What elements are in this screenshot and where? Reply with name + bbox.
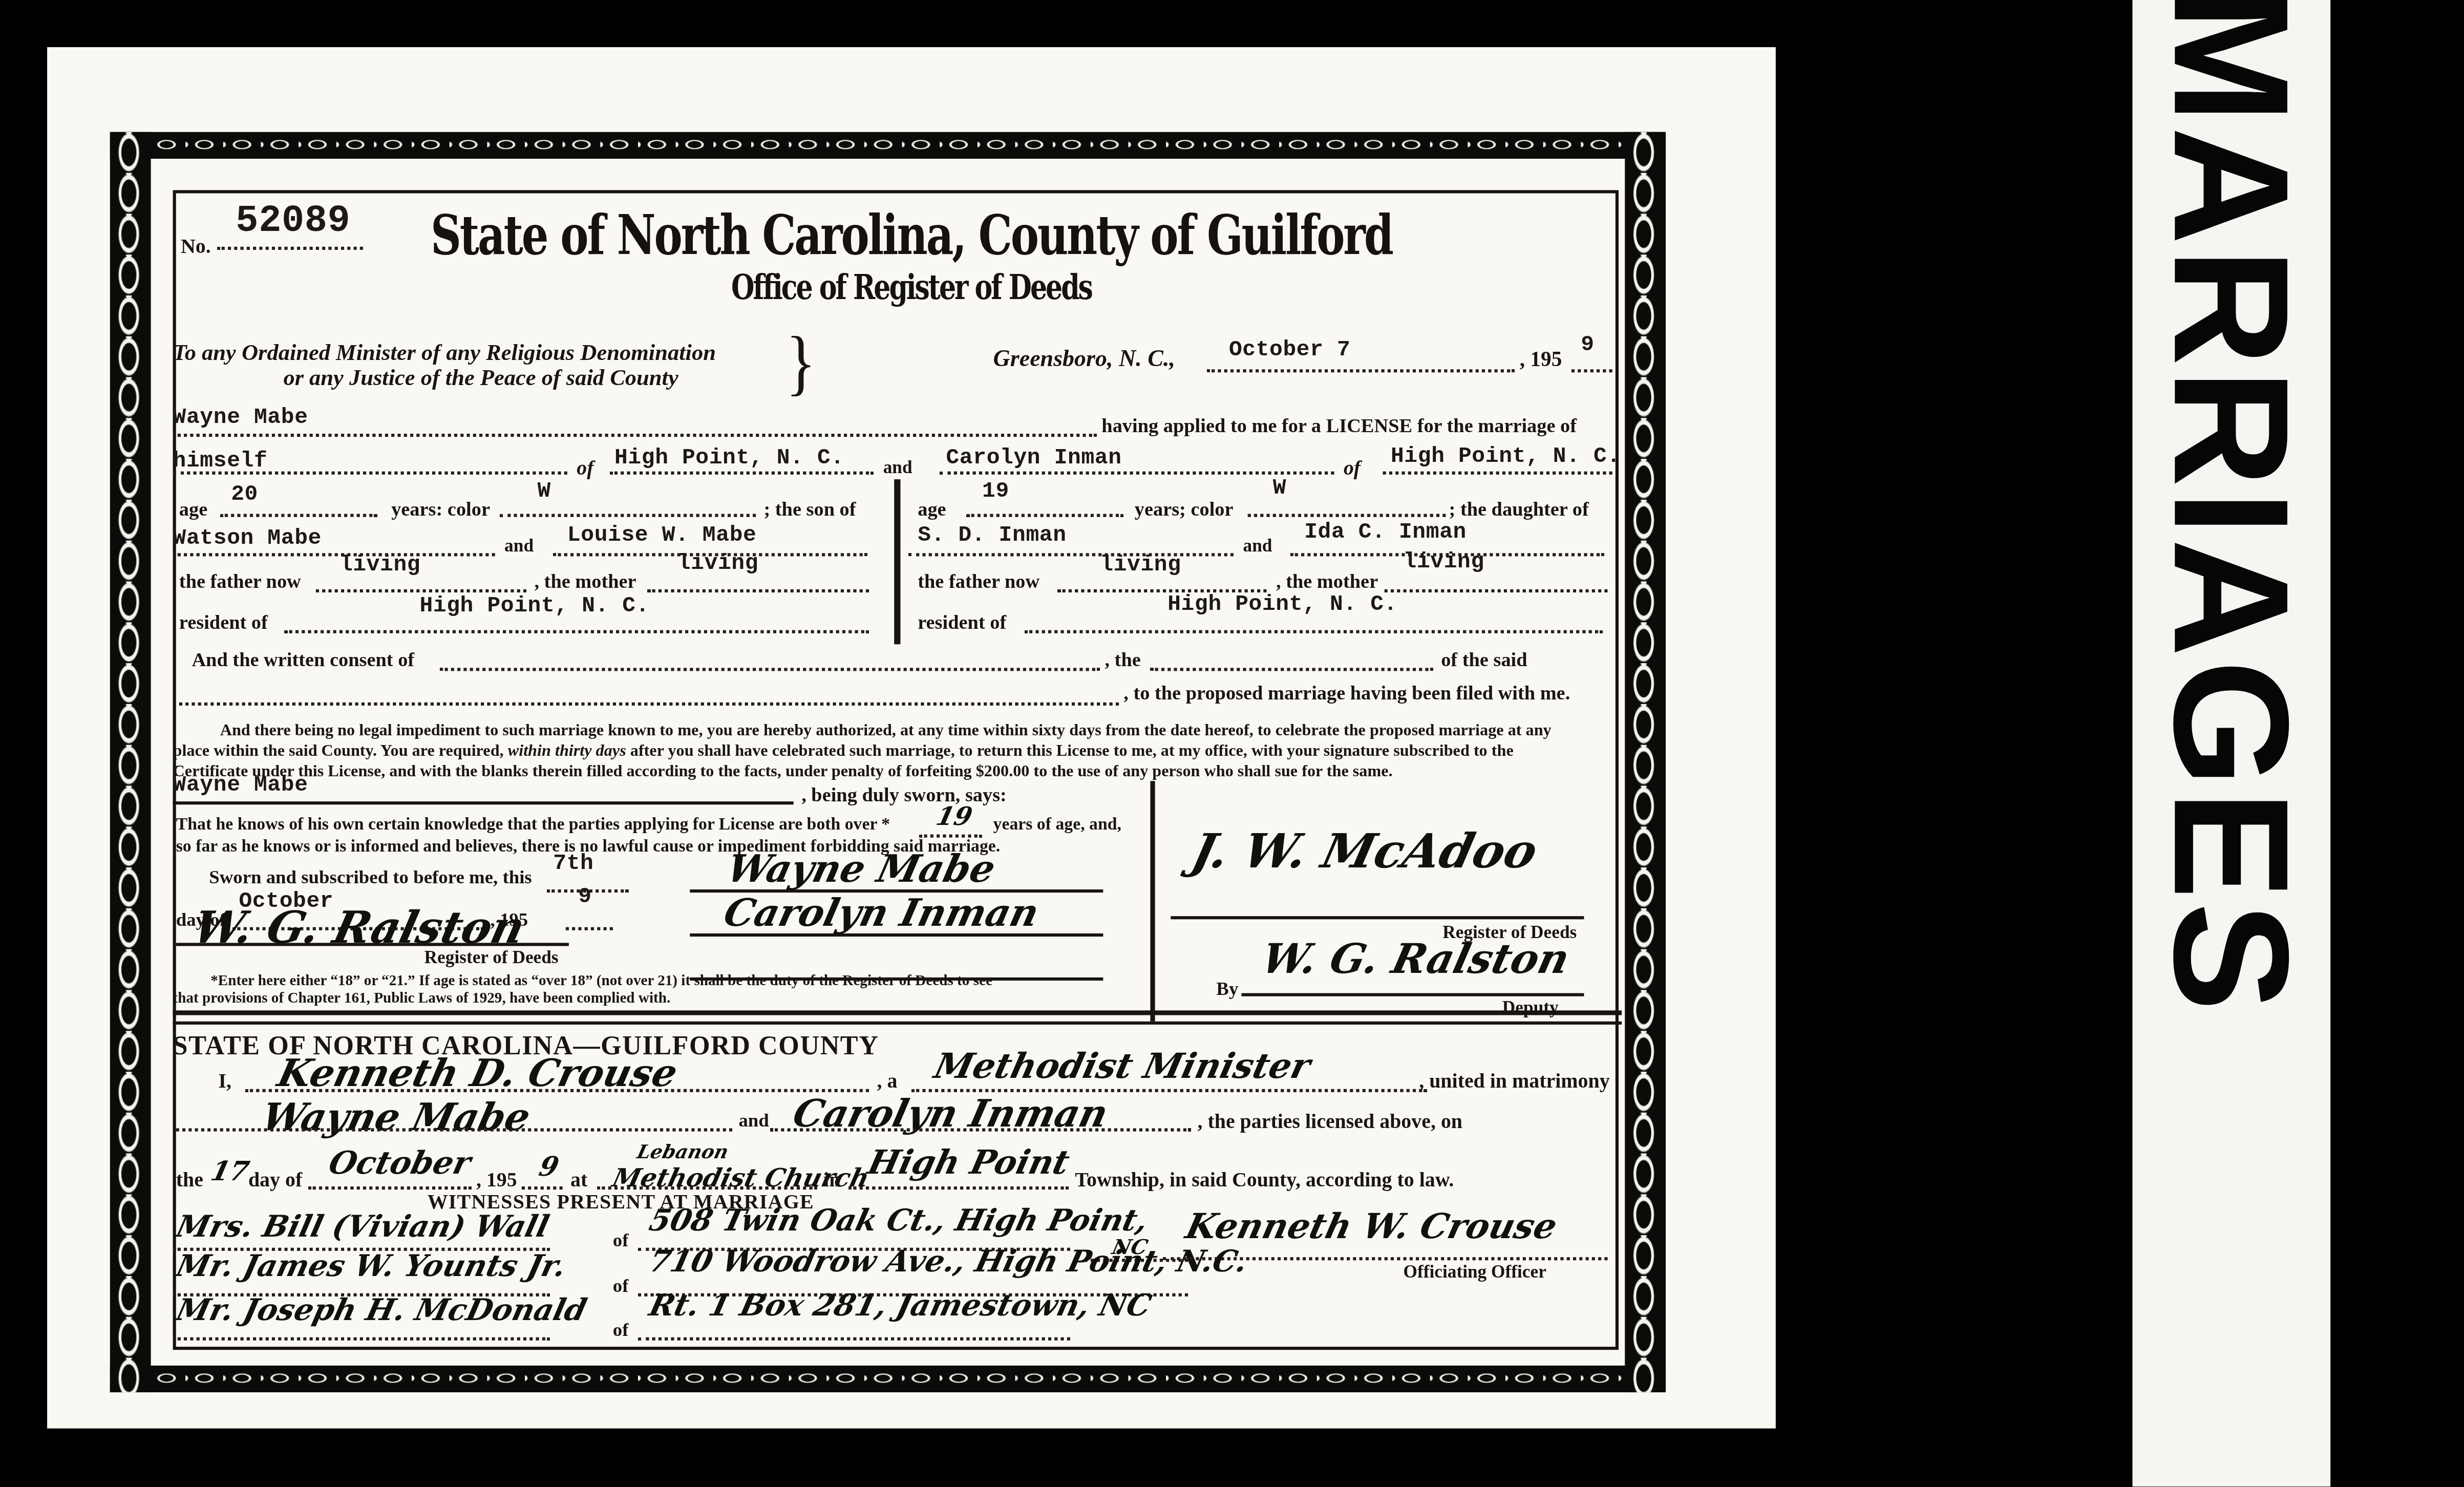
state-title: State of North Carolina, County of Guilf… <box>330 206 1493 268</box>
consent-line-b <box>1150 644 1433 671</box>
groom-age-label: age <box>179 498 207 522</box>
officiant-signature-line <box>1163 1234 1607 1260</box>
witness-2-name-line <box>173 1270 550 1297</box>
bride-color-line <box>1248 490 1446 517</box>
ornate-border-bottom <box>110 1366 1666 1392</box>
year-blank-line <box>1571 346 1612 372</box>
mcadoo-signature-line <box>1171 893 1584 919</box>
groom-resident-label: resident of <box>179 611 268 635</box>
groom-city-line <box>610 448 874 475</box>
venue-written-top: Lebanon <box>635 1141 731 1163</box>
witness-3-of: of <box>613 1319 629 1342</box>
register-of-deeds-label: Register of Deeds <box>424 949 559 968</box>
column-divider <box>894 479 900 644</box>
a-label: , a <box>877 1069 897 1094</box>
bride-father-status-label: the father now <box>918 570 1039 594</box>
bride-father-status-line <box>1057 566 1266 592</box>
consent-lead: And the written consent of <box>192 649 414 672</box>
applied-text: having applied to me for a LICENSE for t… <box>1101 415 1577 438</box>
date-blank-line <box>1207 346 1515 372</box>
groom-child-label: ; the son of <box>763 498 856 522</box>
witness-1-name-line <box>173 1224 550 1251</box>
consent-mid: , the <box>1104 649 1140 672</box>
groom-and-label: and <box>504 538 534 557</box>
bride-father-line <box>908 529 1234 556</box>
affidavit-body-1b: years of age, and, <box>993 816 1121 835</box>
consent-line-a <box>440 644 1100 671</box>
groom-signature-line <box>690 866 1103 893</box>
groom-father-status-label: the father now <box>179 570 301 594</box>
footnote-line-1: *Enter here either “18” or “21.” If age … <box>210 974 992 990</box>
ornate-border-right <box>1625 132 1666 1392</box>
witness-1-of: of <box>613 1229 629 1252</box>
united-label: , united in matrimony <box>1419 1069 1609 1094</box>
certificate-number-label: No. <box>181 234 211 259</box>
consent-line-c <box>173 679 1119 706</box>
addressee-line-1: To any Ordained Minister of any Religiou… <box>173 341 716 368</box>
bride-signature-line <box>690 910 1103 937</box>
affidavit-year-line <box>566 904 613 930</box>
groom-written-line <box>176 1104 732 1131</box>
authorization-line-2: place within the said County. You are re… <box>173 743 1514 761</box>
section-rule-1 <box>173 1010 1622 1015</box>
ornate-border-left <box>110 132 151 1392</box>
sworn-says-label: , being duly sworn, says: <box>801 784 1007 808</box>
year-printed: , 195 <box>1520 347 1562 372</box>
bride-mother-status-label: , the mother <box>1276 570 1378 594</box>
groom-mother-status-line <box>647 566 869 592</box>
groom-father-status-line <box>316 566 526 592</box>
day-written: 17 <box>207 1157 252 1188</box>
applicant-blank-line <box>173 410 1097 437</box>
bride-resident-label: resident of <box>918 611 1006 635</box>
microfilm-frame: 52089 No. State of North Carolina, Count… <box>0 0 2464 1486</box>
venue-line <box>597 1163 817 1189</box>
bride-age-line <box>966 490 1123 517</box>
film-label-strip: MARRIAGES <box>2132 0 2330 1486</box>
authorization-line-2b: after you shall have celebrated such mar… <box>626 743 1514 761</box>
groom-designation-line <box>173 448 567 475</box>
authorization-line-1: And there being no legal impediment to s… <box>220 723 1552 740</box>
sworn-subscribed-label: Sworn and subscribed to before me, this <box>209 866 532 889</box>
year-printed-2: , 195 <box>476 1167 517 1193</box>
register-signature-line <box>176 919 569 946</box>
affidavit-body-1: That he knows of his own certain knowled… <box>176 816 890 835</box>
section-rule-2 <box>173 1022 1622 1025</box>
addressee-line-2: or any Justice of the Peace of said Coun… <box>173 366 789 393</box>
consent-line2: , to the proposed marriage having been f… <box>1123 682 1570 706</box>
and-label-1: and <box>883 459 912 478</box>
by-label: By <box>1216 978 1238 1001</box>
and-label-2: and <box>738 1110 769 1133</box>
bride-city-line <box>1383 448 1612 475</box>
township-label: Township, in said County, according to l… <box>1075 1167 1454 1193</box>
witness-3-address-line <box>638 1314 1070 1341</box>
bride-and-label: and <box>1243 538 1272 557</box>
bride-child-label: ; the daughter of <box>1449 498 1589 522</box>
bride-age-label: age <box>918 498 946 522</box>
groom-color-line <box>500 490 756 517</box>
in-label: in <box>823 1167 840 1193</box>
at-label: at <box>570 1167 587 1193</box>
parties-label: , the parties licensed above, on <box>1198 1110 1463 1135</box>
officiant-title-line <box>911 1066 1427 1092</box>
affiant-line <box>173 778 794 804</box>
witness-3-name-line <box>173 1314 550 1341</box>
bride-residence-line <box>1025 607 1603 633</box>
film-label-text: MARRIAGES <box>2132 0 2327 1014</box>
bride-written-line <box>770 1104 1191 1131</box>
groom-age-line <box>220 490 377 517</box>
deputy-signature-line <box>1241 970 1584 996</box>
groom-father-line <box>173 529 495 556</box>
township-line <box>848 1163 1069 1189</box>
officiating-officer-label: Officiating Officer <box>1404 1263 1546 1282</box>
footnote-line-2: that provisions of Chapter 161, Public L… <box>173 991 671 1007</box>
consent-tail: of the said <box>1441 649 1527 672</box>
bride-color-label: years; color <box>1135 498 1234 522</box>
authorization-line-2a: place within the said County. You are re… <box>173 743 508 761</box>
signature-divider <box>1150 781 1155 1022</box>
deputy-label: Deputy <box>1502 1000 1559 1018</box>
groom-residence-line <box>284 607 869 633</box>
groom-mother-status-label: , the mother <box>534 570 636 594</box>
groom-color-label: years: color <box>391 498 490 522</box>
addressee-bracket: } <box>785 320 816 405</box>
i-label: I, <box>219 1069 232 1094</box>
year-written-line <box>522 1163 563 1189</box>
officiant-blank-line <box>245 1066 869 1092</box>
bride-name-line <box>940 448 1334 475</box>
witness-2-of: of <box>613 1274 629 1298</box>
office-subtitle: Office of Register of Deeds <box>330 269 1493 309</box>
mcadoo-signature: J. W. McAdoo <box>1186 825 1542 880</box>
affidavit-age-line <box>919 811 982 838</box>
of-label-2: of <box>1344 456 1361 481</box>
month-written-line <box>308 1163 472 1189</box>
dateline-place: Greensboro, N. C., <box>993 347 1176 374</box>
ornate-border-top <box>110 132 1666 159</box>
of-label-1: of <box>577 456 593 481</box>
authorization-emphasis: within thirty days <box>508 743 626 761</box>
day-of-label-2: day of <box>248 1167 302 1193</box>
bride-mother-status-line <box>1385 566 1608 592</box>
the-label: the <box>176 1167 203 1193</box>
